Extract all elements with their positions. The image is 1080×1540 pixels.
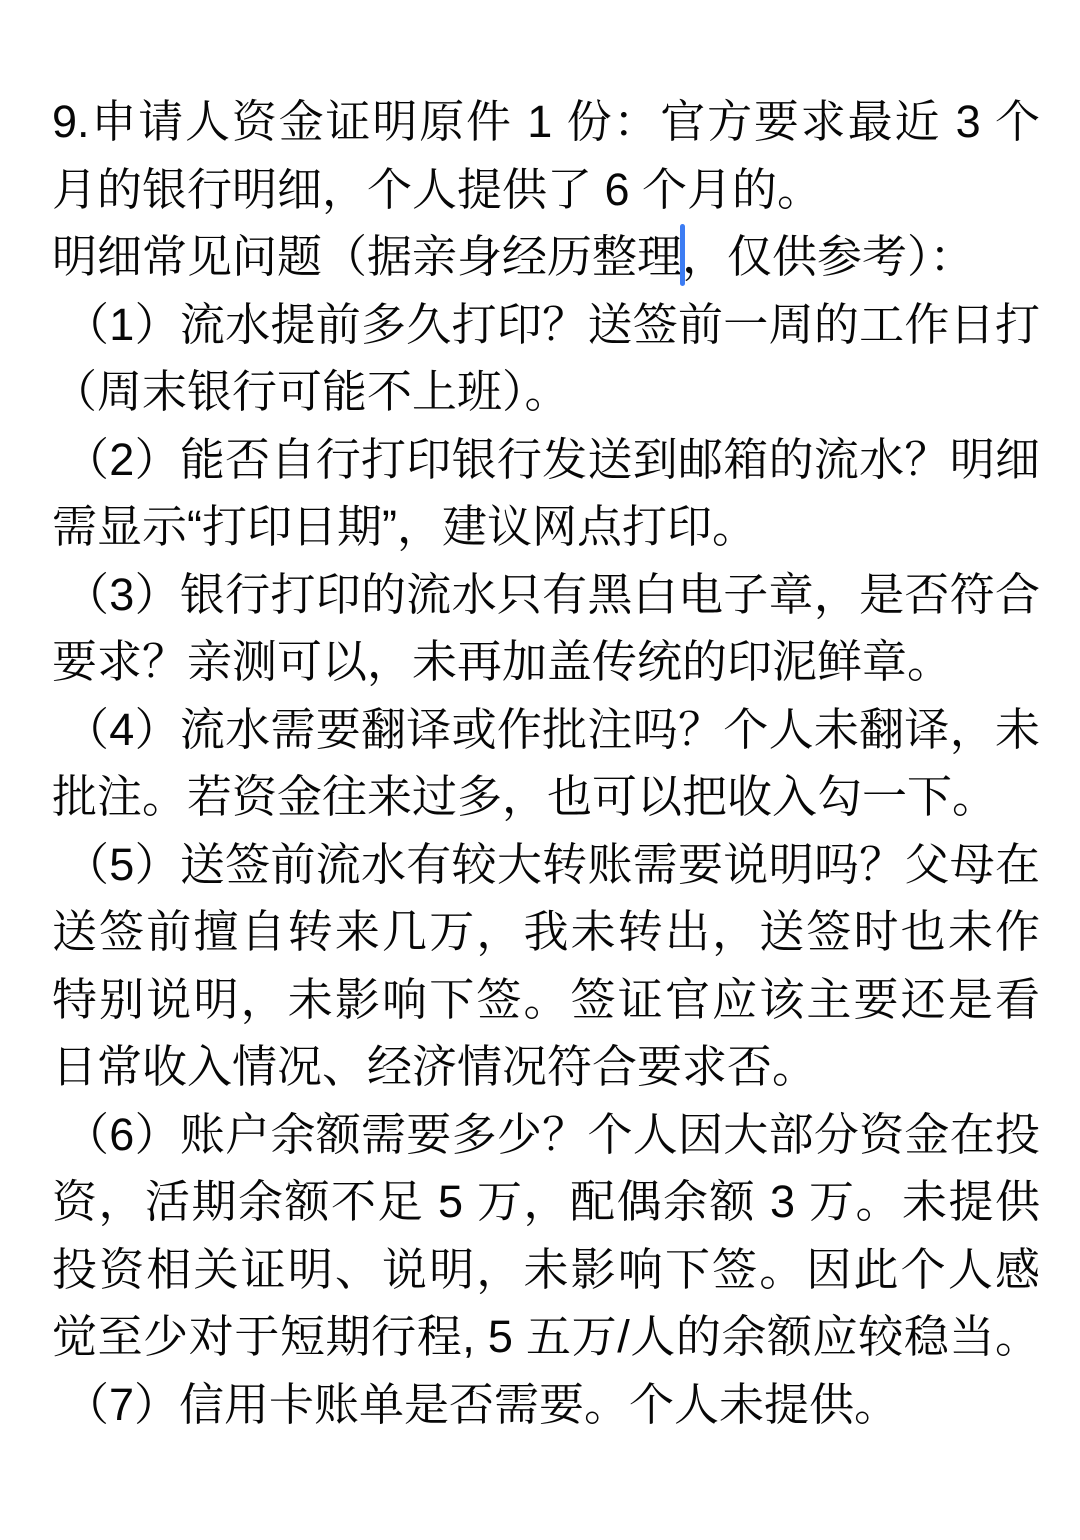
text-line[interactable]: 资，活期余额不足 5 万，配偶余额 3 万。未提供 — [52, 1168, 1040, 1236]
text-line[interactable]: 月的银行明细，个人提供了 6 个月的。 — [52, 156, 1040, 224]
text-line[interactable]: （1）流水提前多久打印？送签前一周的工作日打 — [52, 291, 1040, 359]
text-line[interactable]: 投资相关证明、说明，未影响下签。因此个人感 — [52, 1236, 1040, 1304]
text-line[interactable]: （周末银行可能不上班）。 — [52, 358, 1040, 426]
text-line[interactable]: 觉至少对于短期行程, 5 五万/人的余额应较稳当。 — [52, 1303, 1040, 1371]
text-line[interactable]: 日常收入情况、经济情况符合要求否。 — [52, 1033, 1040, 1101]
text-line[interactable]: （3）银行打印的流水只有黑白电子章，是否符合 — [52, 561, 1040, 629]
text-line[interactable]: 批注。若资金往来过多，也可以把收入勾一下。 — [52, 763, 1040, 831]
text-before-cursor: 明细常见问题（据亲身经历整理 — [52, 231, 682, 282]
text-line[interactable]: 特别说明，未影响下签。签证官应该主要还是看 — [52, 966, 1040, 1034]
text-line[interactable]: （6）账户余额需要多少？个人因大部分资金在投 — [52, 1101, 1040, 1169]
text-line[interactable]: 需显示“打印日期”，建议网点打印。 — [52, 493, 1040, 561]
text-after-cursor: ，仅供参考）： — [682, 231, 975, 282]
text-line[interactable]: 9.申请人资金证明原件 1 份：官方要求最近 3 个 — [52, 88, 1040, 156]
text-line[interactable]: （4）流水需要翻译或作批注吗？个人未翻译，未 — [52, 696, 1040, 764]
text-editor-area[interactable]: 9.申请人资金证明原件 1 份：官方要求最近 3 个 月的银行明细，个人提供了 … — [0, 0, 1080, 1438]
text-line[interactable]: （7）信用卡账单是否需要。个人未提供。 — [52, 1371, 1040, 1439]
text-line[interactable]: 送签前擅自转来几万，我未转出，送签时也未作 — [52, 898, 1040, 966]
text-line[interactable]: （2）能否自行打印银行发送到邮箱的流水？明细 — [52, 426, 1040, 494]
text-line[interactable]: （5）送签前流水有较大转账需要说明吗？父母在 — [52, 831, 1040, 899]
text-line[interactable]: 要求？亲测可以，未再加盖传统的印泥鲜章。 — [52, 628, 1040, 696]
text-line-with-cursor[interactable]: 明细常见问题（据亲身经历整理，仅供参考）： — [52, 223, 1040, 291]
